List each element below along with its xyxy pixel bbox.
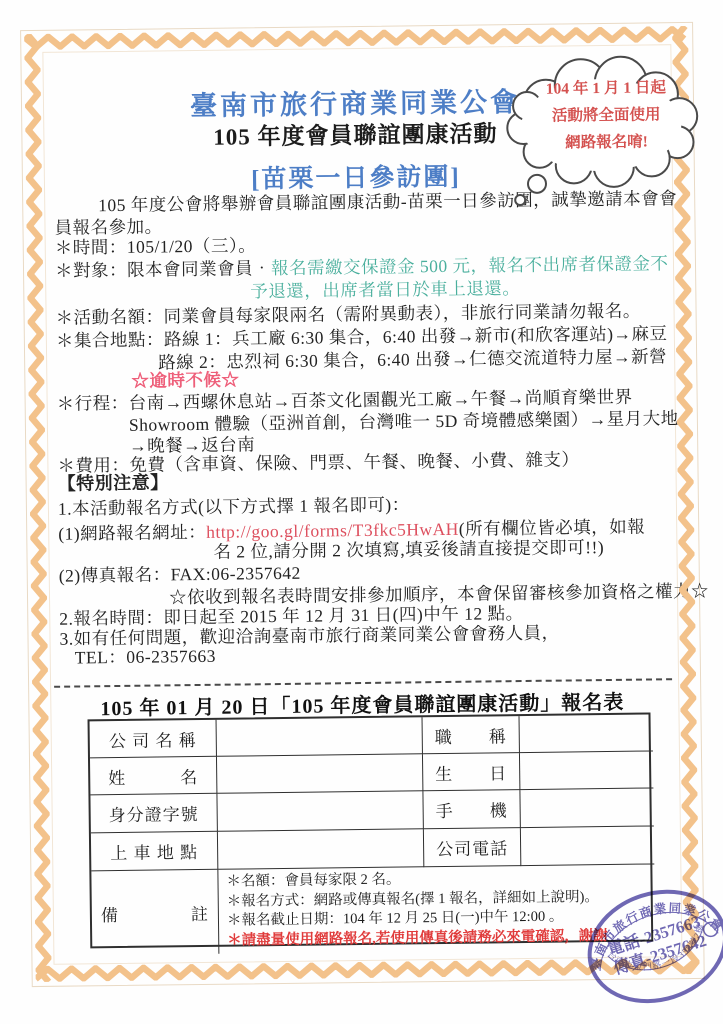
intro-line-2: 員報名參加。: [54, 216, 162, 238]
form-label-name: 姓 名: [90, 757, 217, 796]
notice-item-1: 1.本活動報名方式(以下方式擇 1 報名即可)：: [58, 494, 410, 519]
form-field-job-title: [520, 714, 653, 753]
bubble-line: 活動將全面使用: [515, 101, 697, 130]
form-field-company-name: [217, 717, 423, 757]
remark-line-red: ＊請盡量使用網路報名,若使用傳真後請務必來電確認，謝謝: [227, 927, 608, 951]
time-line: ＊時間：105/1/20（三）。: [55, 235, 257, 258]
form-label-company-phone: 公司電話: [424, 828, 521, 867]
form-label-boarding-point: 上 車 地 點: [91, 832, 218, 872]
deposit-note: 報名需繳交保證金 500 元，報名不出席者保證金不: [271, 253, 669, 278]
form-field-birthday: [520, 751, 653, 790]
web-label: (1)網路報名網址：: [58, 522, 206, 544]
border-chevron-top: [24, 26, 688, 50]
late-warning: ☆逾時不候☆: [131, 369, 239, 391]
notice-fax-line: (2)傳真報名：FAX:06-2357642: [59, 563, 301, 587]
form-label-remarks: 備 註: [91, 870, 219, 956]
registration-form-table: 公 司 名 稱 職 稱 姓 名 生 日 身分證字號 手 機 上 車 地 點 公司…: [88, 712, 654, 948]
association-stamp: 臺南市旅行商業同業公會 電話-2357663 傳真-2357642 台南市東門路…: [580, 875, 723, 1019]
form-field-id-number: [217, 791, 423, 832]
deposit-note-line2: 予退還，出席者當日於車上退還。: [250, 278, 520, 302]
thought-bubble-text: 104 年 1 月 1 日起 活動將全面使用 網路報名唷!: [515, 74, 698, 157]
notice-web-line-2: 名 2 位,請分開 2 次填寫,填妥後請直接提交即可!!): [213, 537, 604, 563]
target-label: ＊對象：限本會同業會員‧: [55, 258, 271, 281]
paper-sheet: 104 年 1 月 1 日起 活動將全面使用 網路報名唷! 臺南市旅行商業同業公…: [0, 0, 723, 1024]
tel-line: TEL：06-2357663: [75, 646, 216, 669]
web-rest: (所有欄位皆必填，如報: [459, 517, 646, 539]
form-label-birthday: 生 日: [423, 753, 520, 791]
border-chevron-left: [24, 34, 52, 982]
form-field-name: [217, 754, 423, 794]
notice-heading: 【特別注意】: [58, 472, 169, 494]
form-label-id-number: 身分證字號: [90, 794, 217, 834]
form-label-job-title: 職 稱: [423, 716, 520, 754]
form-field-mobile: [520, 788, 653, 828]
bubble-line: 網路報名唷!: [515, 128, 697, 157]
scanned-flyer-page: 104 年 1 月 1 日起 活動將全面使用 網路報名唷! 臺南市旅行商業同業公…: [0, 0, 723, 1024]
form-field-company-phone: [521, 826, 654, 866]
form-label-mobile: 手 機: [423, 790, 520, 829]
form-field-boarding-point: [218, 829, 424, 870]
form-label-company-name: 公 司 名 稱: [90, 720, 217, 759]
remark-line: ＊名額：會員每家限 2 名。: [226, 871, 400, 893]
bubble-line: 104 年 1 月 1 日起: [515, 74, 697, 103]
